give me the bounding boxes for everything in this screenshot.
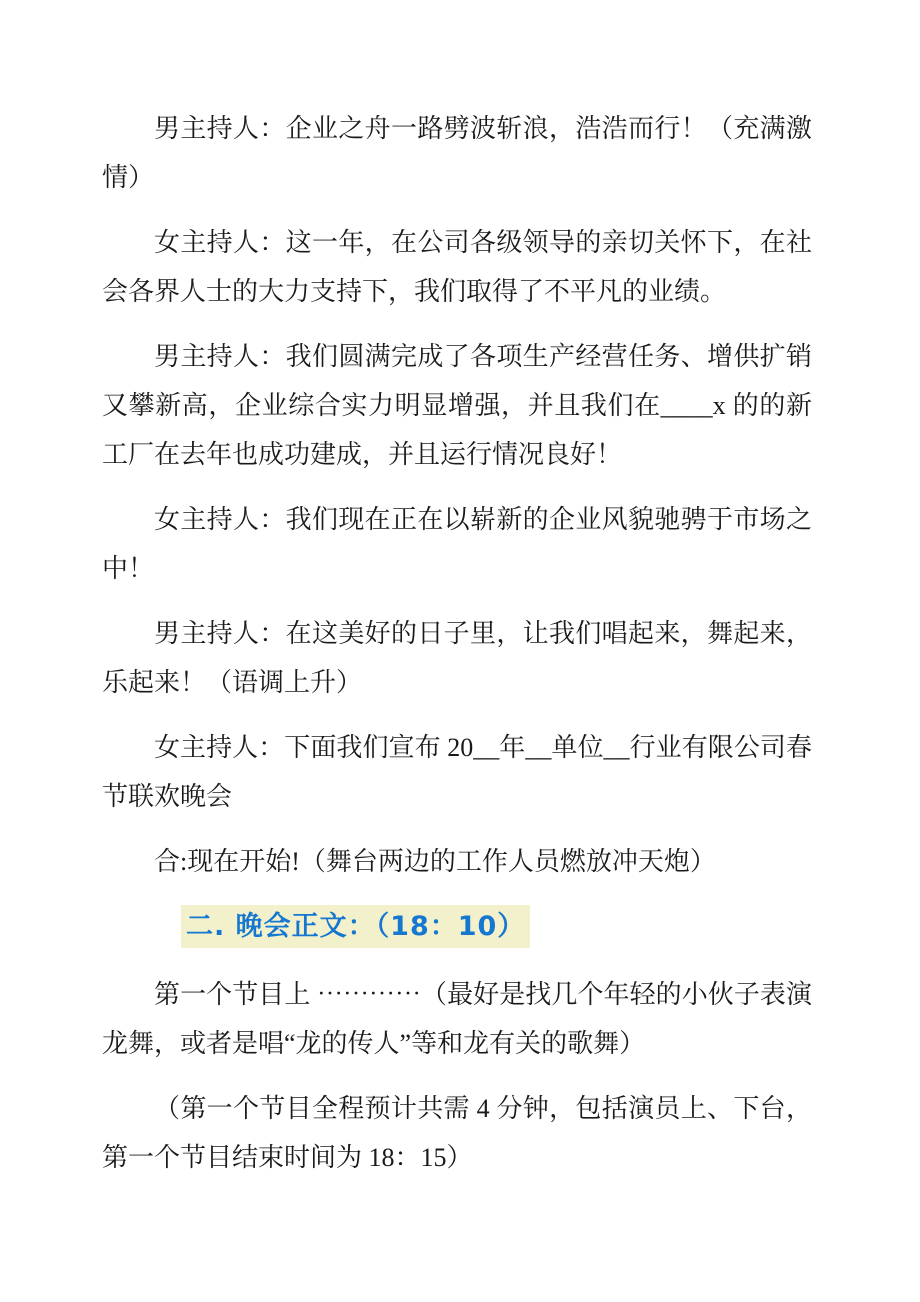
script-paragraph-program-note: （第一个节目全程预计共需 4 分钟，包括演员上、下台，第一个节目结束时间为 18…: [102, 1084, 812, 1182]
document-page: 男主持人：企业之舟一路劈波斩浪，浩浩而行！（充满激情） 女主持人：这一年，在公司…: [0, 0, 920, 1302]
script-paragraph-host-male-2: 男主持人：我们圆满完成了各项生产经营任务、增供扩销又攀新高，企业综合实力明显增强…: [102, 332, 812, 479]
script-paragraph-program-1: 第一个节目上 ⋯⋯⋯⋯（最好是找几个年轻的小伙子表演龙舞，或者是唱“龙的传人”等…: [102, 970, 812, 1068]
heading-highlight: 二. 晚会正文：（18：10）: [181, 905, 530, 948]
script-paragraph-together: 合:现在开始!（舞台两边的工作人员燃放冲天炮）: [102, 837, 812, 886]
script-paragraph-host-female-1: 女主持人：这一年，在公司各级领导的亲切关怀下，在社会各界人士的大力支持下，我们取…: [102, 218, 812, 316]
script-paragraph-host-male-1: 男主持人：企业之舟一路劈波斩浪，浩浩而行！（充满激情）: [102, 104, 812, 202]
script-paragraph-host-female-3: 女主持人：下面我们宣布 20__年__单位__行业有限公司春节联欢晚会: [102, 723, 812, 821]
script-paragraph-host-female-2: 女主持人：我们现在正在以崭新的企业风貌驰骋于市场之中！: [102, 495, 812, 593]
section-heading: 二. 晚会正文：（18：10）: [102, 904, 812, 950]
script-paragraph-host-male-3: 男主持人：在这美好的日子里，让我们唱起来，舞起来，乐起来！（语调上升）: [102, 609, 812, 707]
